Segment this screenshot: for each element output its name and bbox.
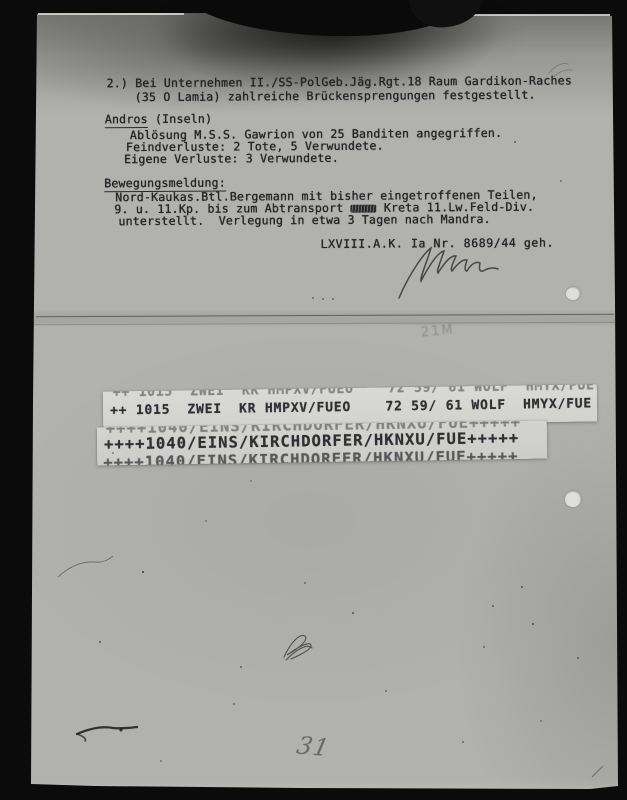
crossed-out-word [351, 205, 377, 213]
scanned-document-page: { "document": { "item2": { "line1": "2.)… [0, 0, 627, 800]
item2-line2: (35 O Lamia) zahlreiche Brückensprengung… [135, 89, 536, 103]
andros-line-3: Eigene Verluste: 3 Verwundete. [124, 152, 339, 165]
bewegung-heading: Bewegungsmeldung: [104, 177, 226, 190]
pencil-note: 21M [420, 323, 455, 341]
andros-heading: Andros (Inseln) [105, 113, 212, 126]
hole-punch-top [566, 287, 580, 300]
andros-heading-underlined: Andros [105, 112, 148, 128]
page-number-handwritten: 31 [294, 732, 332, 762]
andros-heading-rest: (Inseln) [148, 112, 213, 126]
dust-specks [0, 0, 2, 2]
bewegung-line-3: unterstellt. Verlegung in etwa 3 Tagen n… [118, 213, 490, 227]
reference-line: LXVIII.A.K. Ia Nr. 8689/44 geh. [321, 237, 555, 250]
typed-text-block: 2.) Bei Unternehmen II./SS-PolGeb.Jäg.Rg… [0, 0, 627, 302]
hole-punch-bottom [565, 491, 581, 507]
teletype-strip-2: ++++1040/EINS/KIRCHDORFER/HKNXU/FUE+++++… [97, 420, 548, 465]
